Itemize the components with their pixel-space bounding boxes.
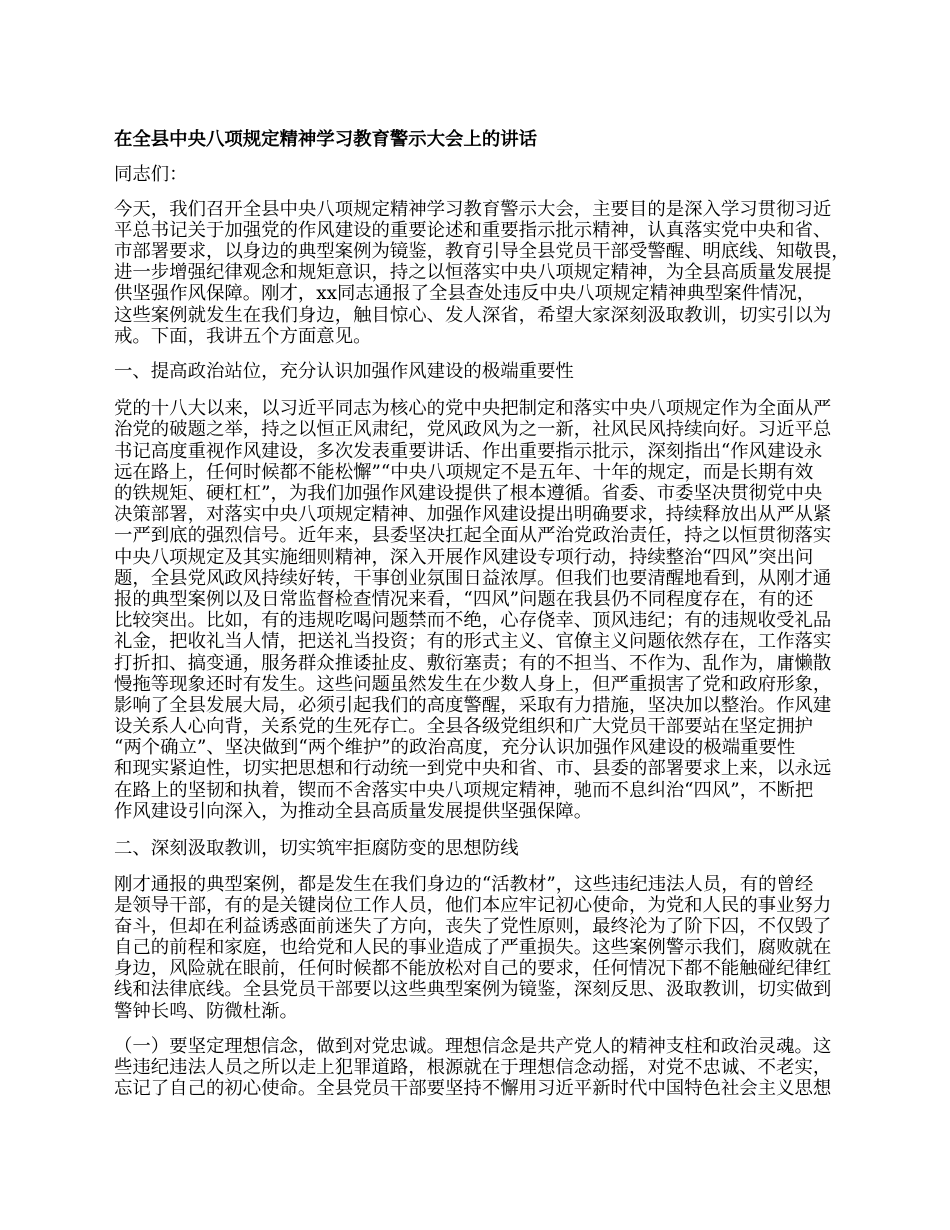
paragraph-line: 打折扣、搞变通，服务群众推诿扯皮、敷衍塞责；有的不担当、不作为、乱作为，庸懒散: [114, 653, 838, 674]
paragraph-line: （一）要坚定理想信念，做到对党忠诚。理想信念是共产党人的精神支柱和政治灵魂。这: [114, 1036, 838, 1057]
paragraph-line: 礼金，把收礼当人情，把送礼当投资；有的形式主义、官僚主义问题依然存在，工作落实: [114, 631, 838, 652]
paragraph-line: 决策部署，对落实中央八项规定精神、加强作风建设提出明确要求，持续释放出从严从紧: [114, 504, 838, 525]
paragraph-line: 一严到底的强烈信号。近年来，县委坚决扛起全面从严治党政治责任，持之以恒贯彻落实: [114, 525, 838, 546]
paragraph-line: 报的典型案例以及日常监督检查情况来看，“四风”问题在我县仍不同程度存在，有的还: [114, 589, 838, 610]
paragraph-line: 这些案例就发生在我们身边，触目惊心、发人深省，希望大家深刻汲取教训，切实引以为: [114, 305, 838, 326]
document-title: 在全县中央八项规定精神学习教育警示大会上的讲话: [114, 129, 838, 150]
paragraph-line: 身边，风险就在眼前，任何时候都不能放松对自己的要求，任何情况下都不能触碰纪律红: [114, 958, 838, 979]
paragraph-line: 刚才通报的典型案例，都是发生在我们身边的“活教材”，这些违纪违法人员，有的曾经: [114, 874, 838, 895]
salutation: 同志们：: [114, 164, 838, 185]
paragraph-line: 和现实紧迫性，切实把思想和行动统一到党中央和省、市、县委的部署要求上来，以永远: [114, 758, 838, 779]
paragraph-line: 戒。下面，我讲五个方面意见。: [114, 326, 838, 347]
intro-paragraph: 今天，我们召开全县中央八项规定精神学习教育警示大会，主要目的是深入学习贯彻习近 …: [114, 199, 838, 347]
paragraph-line: 中央八项规定及其实施细则精神，深入开展作风建设专项行动，持续整治“四风”突出问: [114, 547, 838, 568]
section-1-paragraph: 党的十八大以来，以习近平同志为核心的党中央把制定和落实中央八项规定作为全面从严 …: [114, 398, 838, 822]
paragraph-line: 在路上的坚韧和执着，锲而不舍落实中央八项规定精神，驰而不息纠治“四风”，不断把: [114, 780, 838, 801]
section-2-paragraph-2: （一）要坚定理想信念，做到对党忠诚。理想信念是共产党人的精神支柱和政治灵魂。这 …: [114, 1036, 838, 1100]
paragraph-line: 书记高度重视作风建设，多次发表重要讲话、作出重要指示批示，深刻指出“作风建设永: [114, 441, 838, 462]
section-heading-1: 一、提高政治站位，充分认识加强作风建设的极端重要性: [114, 361, 838, 382]
paragraph-line: 题，全县党风政风持续好转，干事创业氛围日益浓厚。但我们也要清醒地看到，从刚才通: [114, 568, 838, 589]
paragraph-line: 设关系人心向背，关系党的生死存亡。全县各级党组织和广大党员干部要站在坚定拥护: [114, 716, 838, 737]
section-2-paragraph-1: 刚才通报的典型案例，都是发生在我们身边的“活教材”，这些违纪违法人员，有的曾经 …: [114, 874, 838, 1022]
paragraph-line: “两个确立”、坚决做到“两个维护”的政治高度，充分认识加强作风建设的极端重要性: [114, 737, 838, 758]
paragraph-line: 党的十八大以来，以习近平同志为核心的党中央把制定和落实中央八项规定作为全面从严: [114, 398, 838, 419]
paragraph-line: 市部署要求，以身边的典型案例为镜鉴，教育引导全县党员干部受警醒、明底线、知敬畏，: [114, 241, 838, 262]
paragraph-line: 奋斗，但却在利益诱惑面前迷失了方向，丧失了党性原则，最终沦为了阶下囚，不仅毁了: [114, 916, 838, 937]
paragraph-line: 比较突出。比如，有的违规吃喝问题禁而不绝，心存侥幸、顶风违纪；有的违规收受礼品: [114, 610, 838, 631]
paragraph-line: 是领导干部，有的是关键岗位工作人员，他们本应牢记初心使命，为党和人民的事业努力: [114, 895, 838, 916]
paragraph-line: 忘记了自己的初心使命。全县党员干部要坚持不懈用习近平新时代中国特色社会主义思想: [114, 1078, 838, 1099]
paragraph-line: 自己的前程和家庭，也给党和人民的事业造成了严重损失。这些案例警示我们，腐败就在: [114, 937, 838, 958]
section-heading-2: 二、深刻汲取教训，切实筑牢拒腐防变的思想防线: [114, 838, 838, 859]
paragraph-line: 作风建设引向深入，为推动全县高质量发展提供坚强保障。: [114, 801, 838, 822]
paragraph-line: 些违纪违法人员之所以走上犯罪道路，根源就在于理想信念动摇，对党不忠诚、不老实，: [114, 1057, 838, 1078]
paragraph-line: 进一步增强纪律观念和规矩意识，持之以恒落实中央八项规定精神，为全县高质量发展提: [114, 262, 838, 283]
paragraph-line: 今天，我们召开全县中央八项规定精神学习教育警示大会，主要目的是深入学习贯彻习近: [114, 199, 838, 220]
document-page: 在全县中央八项规定精神学习教育警示大会上的讲话 同志们： 今天，我们召开全县中央…: [0, 0, 950, 1230]
paragraph-line: 线和法律底线。全县党员干部要以这些典型案例为镜鉴，深刻反思、汲取教训，切实做到: [114, 979, 838, 1000]
paragraph-line: 平总书记关于加强党的作风建设的重要论述和重要指示批示精神，认真落实党中央和省、: [114, 220, 838, 241]
paragraph-line: 慢拖等现象还时有发生。这些问题虽然发生在少数人身上，但严重损害了党和政府形象，: [114, 674, 838, 695]
paragraph-line: 远在路上，任何时候都不能松懈”“中央八项规定不是五年、十年的规定，而是长期有效: [114, 462, 838, 483]
paragraph-line: 影响了全县发展大局，必须引起我们的高度警醒，采取有力措施，坚决加以整治。作风建: [114, 695, 838, 716]
paragraph-line: 供坚强作风保障。刚才，xx同志通报了全县查处违反中央八项规定精神典型案件情况，: [114, 283, 838, 304]
paragraph-line: 的铁规矩、硬杠杠”，为我们加强作风建设提供了根本遵循。省委、市委坚决贯彻党中央: [114, 483, 838, 504]
paragraph-line: 警钟长鸣、防微杜渐。: [114, 1001, 838, 1022]
paragraph-line: 治党的破题之举，持之以恒正风肃纪，党风政风为之一新，社风民风持续向好。习近平总: [114, 419, 838, 440]
